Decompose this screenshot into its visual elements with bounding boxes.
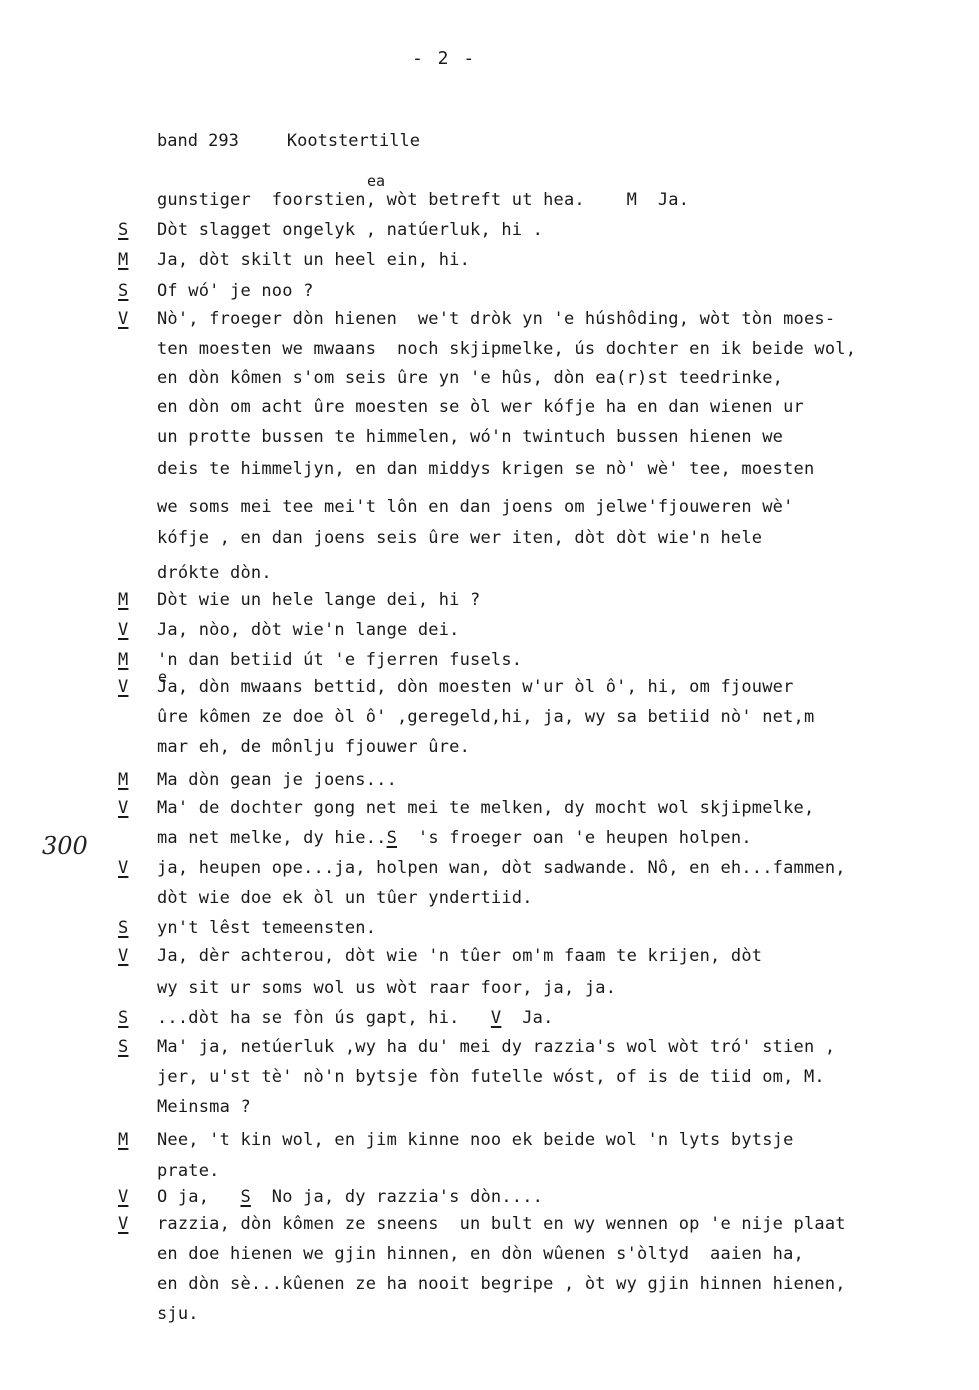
line-text: prate. <box>157 1161 220 1181</box>
line-text: Ma' de dochter gong net mei te melken, d… <box>157 798 814 818</box>
inline-speaker-label: S <box>240 1187 250 1207</box>
speaker-label: V <box>118 309 128 329</box>
margin-note: 300 <box>42 832 88 860</box>
line-text: en dòn sè...kûenen ze ha nooit begripe ,… <box>157 1274 846 1294</box>
inline-speaker-label: S <box>387 828 397 848</box>
line-text: jer, u'st tè' nò'n bytsje fòn futelle wó… <box>157 1067 825 1087</box>
line-text: ja, heupen ope...ja, holpen wan, dòt sad… <box>157 858 846 878</box>
line-text: Nee, 't kin wol, en jim kinne noo ek bei… <box>157 1130 794 1150</box>
line-text: we soms mei tee mei't lôn en dan joens o… <box>157 497 794 517</box>
place-name: Kootstertille <box>287 131 420 151</box>
line-text: kófje , en dan joens seis ûre wer iten, … <box>157 528 762 548</box>
line-text: drókte dòn. <box>157 563 272 583</box>
line-text: ûre kômen ze doe òl ô' ,geregeld,hi, ja,… <box>157 707 814 727</box>
line-text: O ja, S No ja, dy razzia's dòn.... <box>157 1187 543 1207</box>
line-text: un protte bussen te himmelen, wó'n twint… <box>157 427 783 447</box>
line-text: Dòt wie un hele lange dei, hi ? <box>157 590 480 610</box>
line-text: razzia, dòn kômen ze sneens un bult en w… <box>157 1214 846 1234</box>
speaker-label: V <box>118 1214 128 1234</box>
line-text: wy sit ur soms wol us wòt raar foor, ja,… <box>157 978 616 998</box>
speaker-label: V <box>118 798 128 818</box>
line-text: ma net melke, dy hie..S 's froeger oan '… <box>157 828 752 848</box>
line-text: en dòn om acht ûre moesten se òl wer kóf… <box>157 397 804 417</box>
speaker-label: S <box>118 281 128 301</box>
speaker-label: S <box>118 1008 128 1028</box>
inline-speaker-label: V <box>491 1008 501 1028</box>
speaker-label: M <box>118 650 128 670</box>
line-text: sju. <box>157 1304 199 1324</box>
line-text: ...dòt ha se fòn ús gapt, hi. V Ja. <box>157 1008 554 1028</box>
speaker-label: M <box>118 770 128 790</box>
line-text: Ja, nòo, dòt wie'n lange dei. <box>157 620 460 640</box>
speaker-label: M <box>118 590 128 610</box>
speaker-label: V <box>118 620 128 640</box>
line-text: Ja, dèr achterou, dòt wie 'n tûer om'm f… <box>157 946 762 966</box>
speaker-label: V <box>118 858 128 878</box>
line-text: yn't lêst temeensten. <box>157 918 376 938</box>
speaker-label: S <box>118 918 128 938</box>
line-text: Ja, dòn mwaans bettid, dòn moesten w'ur … <box>157 677 794 697</box>
header: band 293Kootstertille <box>157 131 420 151</box>
line-text: mar eh, de mônlju fjouwer ûre. <box>157 737 470 757</box>
line-text: dòt wie doe ek òl un tûer yndertiid. <box>157 888 533 908</box>
line-text: ten moesten we mwaans noch skjipmelke, ú… <box>157 339 856 359</box>
speaker-label: S <box>118 1037 128 1057</box>
speaker-label: V <box>118 677 128 697</box>
line-text: Ma' ja, netúerluk ,wy ha du' mei dy razz… <box>157 1037 835 1057</box>
line-text: Ma dòn gean je joens... <box>157 770 397 790</box>
speaker-label: M <box>118 1130 128 1150</box>
speaker-label: M <box>118 250 128 270</box>
line-text: Of wó' je noo ? <box>157 281 314 301</box>
line-text: deis te himmeljyn, en dan middys krigen … <box>157 459 814 479</box>
page-number: - 2 - <box>412 48 476 69</box>
line-text: Ja, dòt skilt un heel ein, hi. <box>157 250 470 270</box>
line-text: Nò', froeger dòn hienen we't dròk yn 'e … <box>157 309 835 329</box>
line-text: 'n dan betiid út 'e fjerren fusels. <box>157 650 522 670</box>
line-text: en doe hienen we gjin hinnen, en dòn wûe… <box>157 1244 804 1264</box>
line-text: Meinsma ? <box>157 1097 251 1117</box>
speaker-label: V <box>118 946 128 966</box>
speaker-label: V <box>118 1187 128 1207</box>
superscript-ea: ea <box>367 172 385 190</box>
line-text: en dòn kômen s'om seis ûre yn 'e hûs, dò… <box>157 368 783 388</box>
line-text: Dòt slagget ongelyk , natúerluk, hi . <box>157 220 543 240</box>
line-text: gunstiger foorstien, wòt betreft ut hea.… <box>157 190 689 210</box>
tape-number: band 293 <box>157 131 239 151</box>
speaker-label: S <box>118 220 128 240</box>
